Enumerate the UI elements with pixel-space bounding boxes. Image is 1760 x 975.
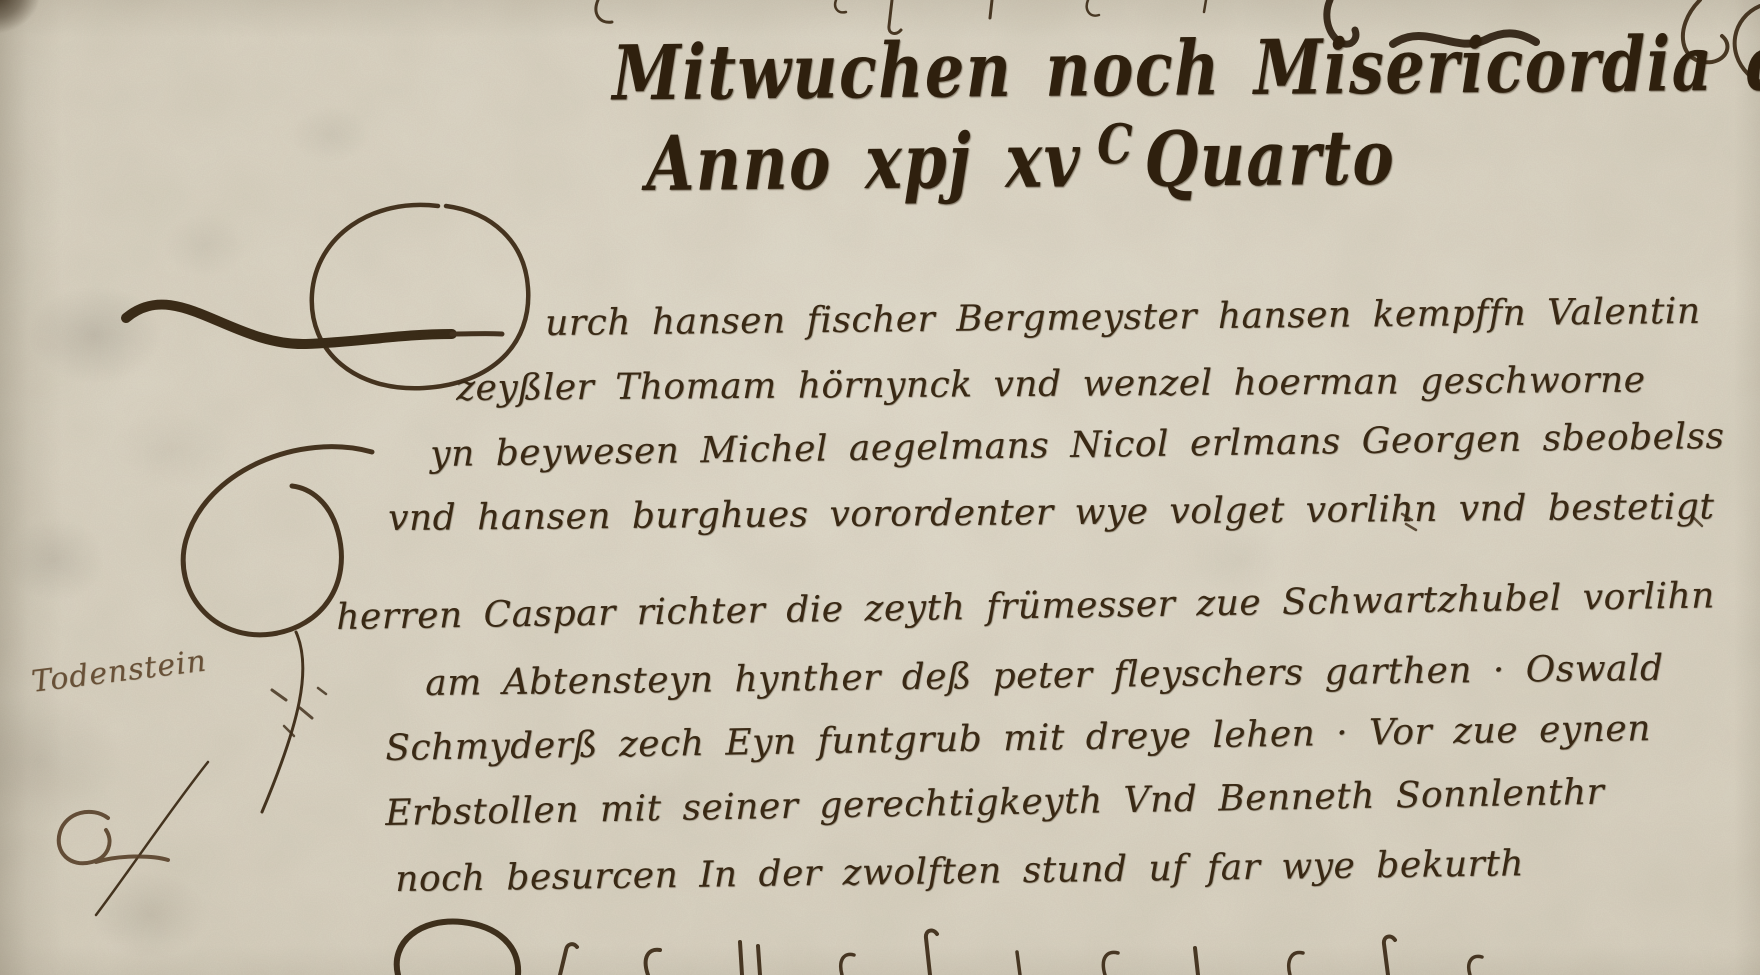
year-text: Anno xpj xv (646, 116, 1082, 209)
heading-year-line: Anno xpj xvCQuarto (646, 116, 1395, 203)
margin-note-todenstein: Todenstein (30, 647, 208, 698)
body-line: urch hansen fischer Bergmeyster hansen k… (545, 294, 1701, 342)
body-line: zeyßler Thomam hörnynck vnd wenzel hoerm… (456, 363, 1646, 407)
margin-register-mark (59, 812, 168, 863)
heading-date-line: Mitwuchen noch Misericordia dm̃ (612, 25, 1760, 111)
body-line: herren Caspar richter die zeyth frümesse… (336, 578, 1715, 636)
body-line: noch besurcen In der zwolften stund uf f… (395, 846, 1524, 898)
body-line: Erbstollen mit seiner gerechtigkeyth Vnd… (385, 775, 1605, 832)
body-line: Schmyderß zech Eyn funtgrub mit dreye le… (385, 711, 1651, 767)
bottom-edge-cutoff-strokes (397, 922, 1482, 975)
year-text-quarto: Quarto (1144, 113, 1395, 204)
body-line: am Abtensteyn hynther deß peter fleysche… (425, 651, 1664, 702)
year-superscript-c: C (1097, 112, 1134, 177)
initial-d-flourish (126, 205, 528, 388)
body-line: vnd hansen burghues vorordenter wye volg… (388, 489, 1715, 537)
manuscript-page: Mitwuchen noch Misericordia dm̃ Anno xpj… (0, 0, 1760, 975)
body-line: yn beywesen Michel aegelmans Nicol erlma… (430, 419, 1725, 473)
